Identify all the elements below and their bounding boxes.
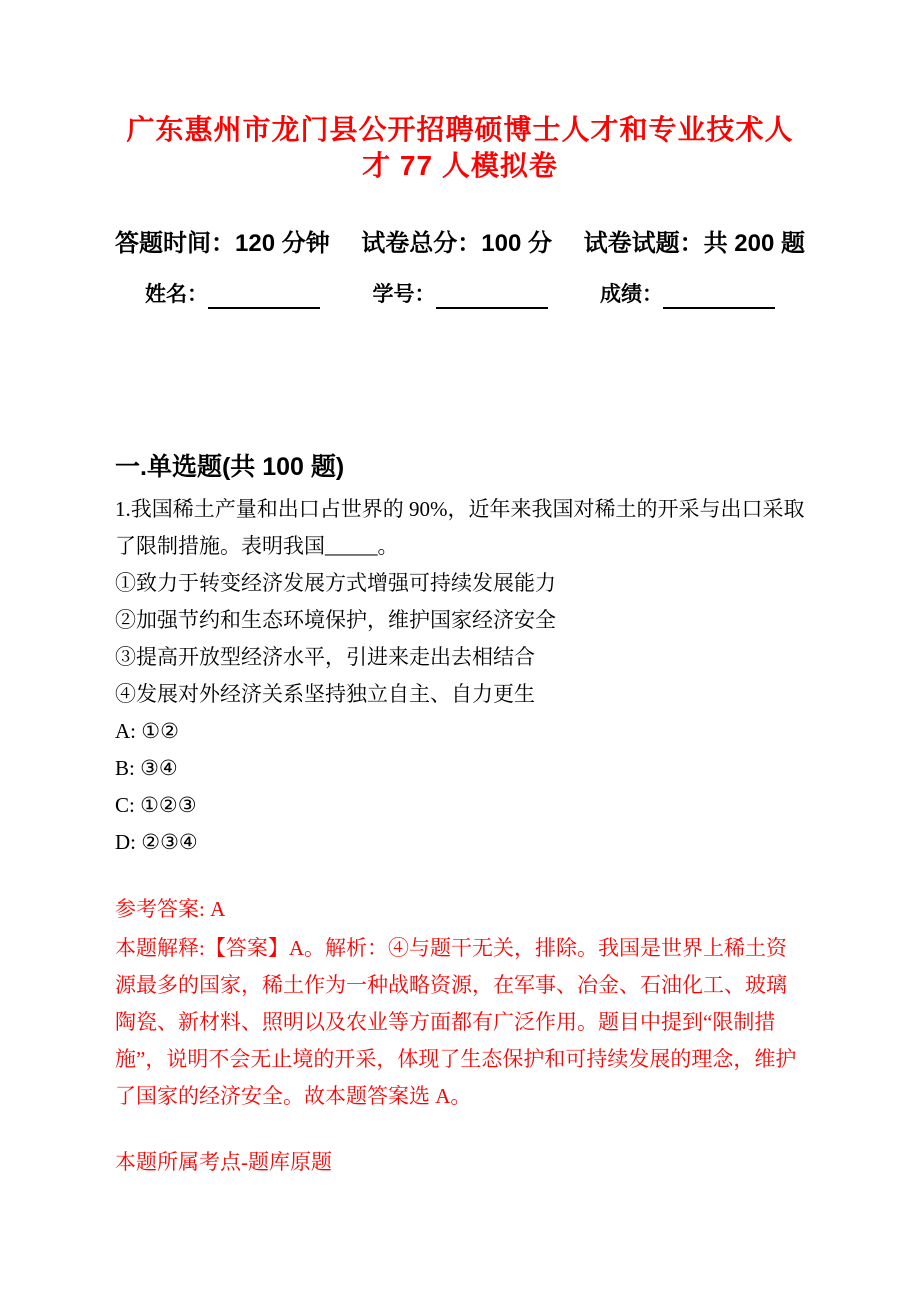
name-blank-line [208, 285, 320, 309]
statement-1: ①致力于转变经济发展方式增强可持续发展能力 [115, 565, 805, 602]
reference-answer: 参考答案: A [115, 891, 805, 928]
choice-a: A: ①② [115, 713, 805, 750]
meta-question-count: 试卷试题：共 200 题 [584, 229, 805, 259]
answer-explanation: 本题解释:【答案】A。解析：④与题干无关，排除。我国是世界上稀土资源最多的国家，… [115, 930, 805, 1115]
section-title: 一.单选题(共 100 题) [115, 451, 805, 483]
score-blank-line [663, 285, 775, 309]
meta-total-score: 试卷总分：100 分 [361, 229, 552, 259]
score-field: 成绩： [600, 281, 775, 309]
name-field: 姓名： [145, 281, 320, 309]
choice-d: D: ②③④ [115, 824, 805, 861]
choice-b: B: ③④ [115, 750, 805, 787]
student-id-field: 学号： [373, 281, 548, 309]
statement-4: ④发展对外经济关系坚持独立自主、自力更生 [115, 676, 805, 713]
student-fields-row: 姓名： 学号： 成绩： [115, 281, 805, 309]
student-id-field-label: 学号： [373, 281, 436, 309]
score-field-label: 成绩： [600, 281, 663, 309]
question-statements: ①致力于转变经济发展方式增强可持续发展能力 ②加强节约和生态环境保护，维护国家经… [115, 565, 805, 713]
statement-2: ②加强节约和生态环境保护，维护国家经济安全 [115, 602, 805, 639]
page-title: 广东惠州市龙门县公开招聘硕博士人才和专业技术人才 77 人模拟卷 [115, 112, 805, 184]
meta-answer-time: 答题时间：120 分钟 [115, 229, 330, 259]
name-field-label: 姓名： [145, 281, 208, 309]
exam-meta-row: 答题时间：120 分钟 试卷总分：100 分 试卷试题：共 200 题 [115, 229, 805, 259]
student-id-blank-line [436, 285, 548, 309]
question-stem: 1.我国稀土产量和出口占世界的 90%，近年来我国对稀土的开采与出口采取了限制措… [115, 491, 805, 565]
exam-page: 广东惠州市龙门县公开招聘硕博士人才和专业技术人才 77 人模拟卷 答题时间：12… [0, 0, 920, 1302]
statement-3: ③提高开放型经济水平，引进来走出去相结合 [115, 639, 805, 676]
choice-c: C: ①②③ [115, 787, 805, 824]
answer-choices: A: ①② B: ③④ C: ①②③ D: ②③④ [115, 713, 805, 861]
knowledge-point-note: 本题所属考点-题库原题 [115, 1144, 805, 1181]
